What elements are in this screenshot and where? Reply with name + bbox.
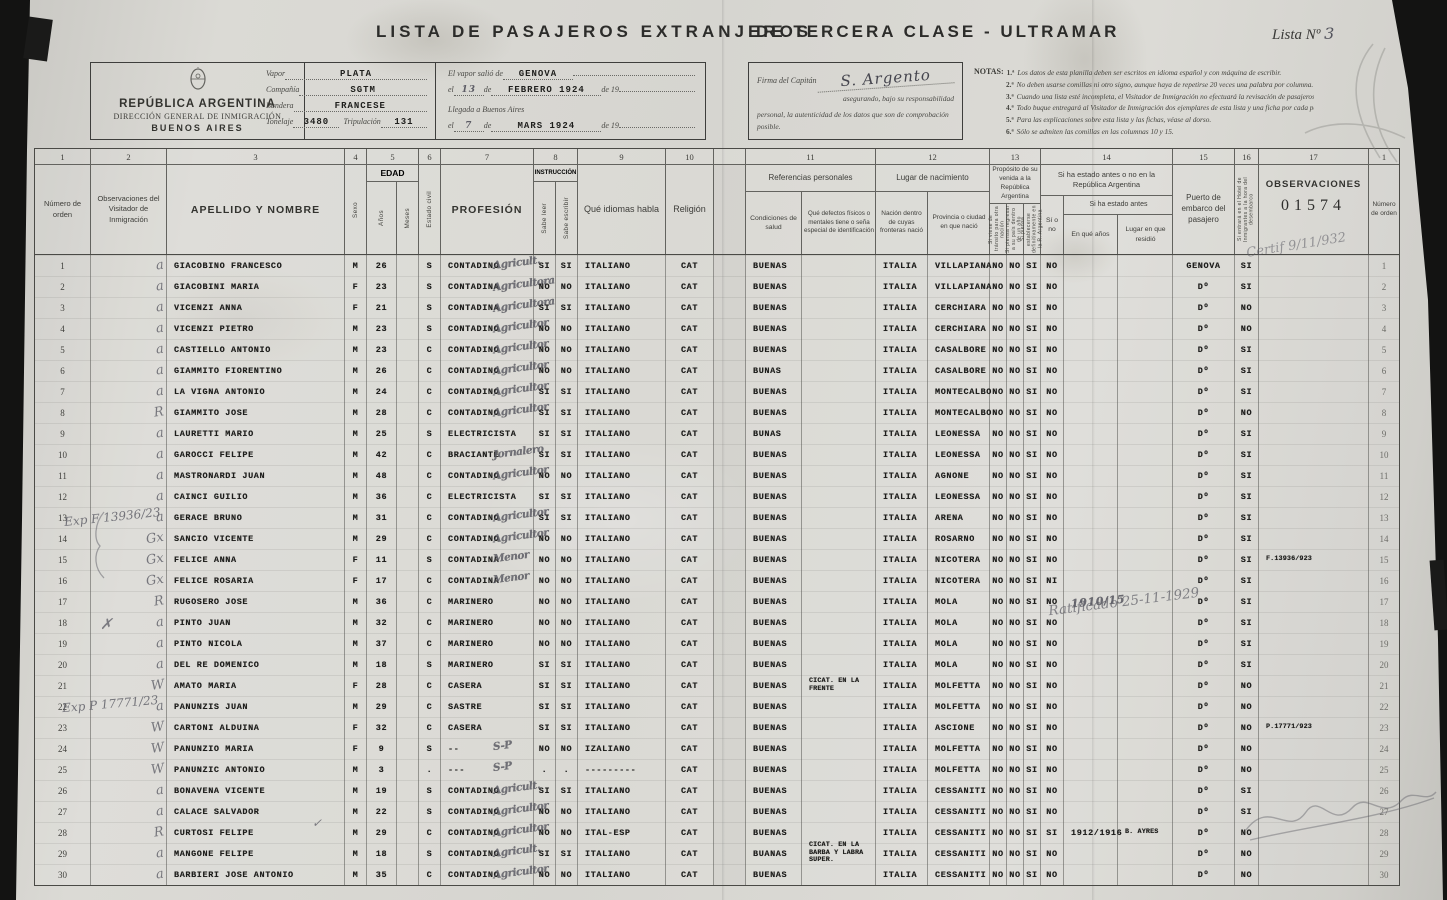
cell-salud: BUENAS — [746, 864, 802, 885]
cell-salud: BUENAS — [746, 402, 802, 423]
cell-sexo: F — [345, 570, 367, 591]
cell-visitador-mark: a — [91, 444, 167, 465]
cell-edad-meses — [397, 528, 419, 549]
cell-numero-right: 25 — [1369, 759, 1399, 780]
visitador-handwritten-mark: W — [150, 761, 165, 778]
cell-estado-antes-sino: NO — [1041, 696, 1064, 717]
cell-apellido-nombre: CAINCI GUILIO — [167, 486, 345, 507]
visitador-handwritten-mark: R — [153, 593, 165, 609]
cell-puerto-embarco: Dº — [1173, 822, 1235, 843]
cell-salud: BUENAS — [746, 276, 802, 297]
cell-proposito-2: NO — [1007, 717, 1024, 738]
cell-apellido-nombre: PINTO NICOLA — [167, 633, 345, 654]
cell-provincia: CESSANITI — [928, 780, 990, 801]
header-proposito: Propósito de su venida a la República Ar… — [990, 165, 1040, 202]
cell-sabe-escribir: NO — [556, 549, 578, 570]
cell-provincia: CASALBORE — [928, 360, 990, 381]
handwritten-check-row29: ✓ — [312, 816, 322, 830]
nota-num: 2.ª — [1006, 80, 1014, 89]
cell-proposito-1: NO — [990, 738, 1007, 759]
captain-line2: asegurando, bajo su responsabilidad — [757, 93, 954, 104]
notas-box: NOTAS:1.ªLos datos de esta planilla debe… — [968, 62, 1320, 140]
cell-profesion: --S-P — [441, 738, 534, 759]
cell-blank — [714, 633, 746, 654]
table-row: 19aPINTO NICOLAM37CMARINERONONOITALIANOC… — [35, 633, 1399, 654]
cell-lugar-residio: B. AYRES — [1118, 822, 1173, 843]
cell-estado-antes-sino: NO — [1041, 402, 1064, 423]
cell-blank — [714, 675, 746, 696]
cell-edad-anos: 48 — [367, 465, 397, 486]
table-row: 24WPANUNZIO MARIAF9S--S-PNONOIZALIANOCAT… — [35, 738, 1399, 759]
cell-proposito-1: NO — [990, 675, 1007, 696]
cell-hotel: NO — [1235, 675, 1259, 696]
cell-nacion: ITALIA — [876, 759, 928, 780]
cell-sabe-escribir: SI — [556, 780, 578, 801]
cell-defectos — [802, 507, 876, 528]
cell-sexo: F — [345, 276, 367, 297]
cell-proposito-2: NO — [1007, 843, 1024, 864]
cell-religion: CAT — [666, 276, 714, 297]
compania-label: Compañía — [266, 85, 299, 94]
header-defectos: Qué defectos físicos o mentales tiene o … — [802, 192, 876, 254]
cell-profesion: CONTADINOAgricultor — [441, 528, 534, 549]
table-row: 15GxFELICE ANNAF11SCONTADINAMenorNONOITA… — [35, 549, 1399, 570]
de19-label: de 19 — [601, 121, 619, 130]
cell-salud: BUENAS — [746, 612, 802, 633]
cell-proposito-3: SI — [1024, 801, 1041, 822]
cell-apellido-nombre: LAURETTI MARIO — [167, 423, 345, 444]
cell-idiomas: ITALIANO — [578, 780, 666, 801]
cell-puerto-embarco: Dº — [1173, 297, 1235, 318]
cell-observaciones — [1259, 276, 1369, 297]
visitador-handwritten-mark: a — [155, 384, 165, 400]
cell-observaciones — [1259, 528, 1369, 549]
header-instruccion: INSTRUCCIÓN — [535, 170, 577, 176]
cell-blank — [714, 486, 746, 507]
cell-estado-civil: C — [419, 864, 441, 885]
cell-apellido-nombre: BARBIERI JOSE ANTONIO — [167, 864, 345, 885]
cell-edad-anos: 24 — [367, 381, 397, 402]
cell-proposito-3: SI — [1024, 570, 1041, 591]
cell-puerto-embarco: Dº — [1173, 717, 1235, 738]
cell-edad-anos: 37 — [367, 633, 397, 654]
cell-apellido-nombre: GAROCCI FELIPE — [167, 444, 345, 465]
cell-idiomas: ITALIANO — [578, 717, 666, 738]
cell-provincia: CERCHIARA — [928, 297, 990, 318]
cell-proposito-2: NO — [1007, 570, 1024, 591]
cell-blank — [714, 276, 746, 297]
passenger-table: 1 2 3 4 5 6 7 8 9 10 11 12 13 14 15 16 1… — [34, 148, 1400, 886]
cell-proposito-3: SI — [1024, 780, 1041, 801]
captain-signature: S. Argento — [816, 64, 954, 93]
visitador-handwritten-mark: a — [155, 867, 165, 883]
cell-provincia: ROSARNO — [928, 528, 990, 549]
cell-sexo: M — [345, 486, 367, 507]
cell-religion: CAT — [666, 381, 714, 402]
cell-numero-right: 8 — [1369, 402, 1399, 423]
cell-edad-meses — [397, 822, 419, 843]
cell-edad-meses — [397, 780, 419, 801]
cell-idiomas: ITALIANO — [578, 549, 666, 570]
cell-hotel: SI — [1235, 339, 1259, 360]
visitador-handwritten-mark: a — [155, 258, 165, 274]
cell-idiomas: ITALIANO — [578, 402, 666, 423]
cell-numero: 12 — [35, 486, 91, 507]
cell-numero-right: 16 — [1369, 570, 1399, 591]
cell-proposito-2: NO — [1007, 549, 1024, 570]
cell-edad-meses — [397, 759, 419, 780]
cell-religion: CAT — [666, 717, 714, 738]
cell-proposito-1: NO — [990, 780, 1007, 801]
header-estado-antes: Si ha estado antes o no en la República … — [1041, 169, 1172, 191]
cell-proposito-2: NO — [1007, 759, 1024, 780]
cell-puerto-embarco: Dº — [1173, 276, 1235, 297]
cell-sabe-escribir: SI — [556, 843, 578, 864]
cell-proposito-3: SI — [1024, 717, 1041, 738]
nota-num: 1.ª — [1007, 68, 1015, 77]
cell-estado-civil: C — [419, 402, 441, 423]
cell-defectos — [802, 381, 876, 402]
cell-numero: 9 — [35, 423, 91, 444]
cell-religion: CAT — [666, 759, 714, 780]
cell-en-que-anos — [1064, 843, 1118, 864]
header-puerto-embarco: Puerto de embarco del pasajero — [1173, 165, 1235, 254]
cell-proposito-2: NO — [1007, 444, 1024, 465]
cell-nacion: ITALIA — [876, 654, 928, 675]
cell-lugar-residio — [1118, 276, 1173, 297]
cell-hotel: SI — [1235, 423, 1259, 444]
cell-estado-civil: C — [419, 591, 441, 612]
col-number: 7 — [441, 149, 534, 164]
cell-defectos — [802, 633, 876, 654]
cell-hotel: NO — [1235, 864, 1259, 885]
cell-proposito-3: SI — [1024, 444, 1041, 465]
cell-sabe-escribir: NO — [556, 822, 578, 843]
cell-numero: 2 — [35, 276, 91, 297]
cell-estado-civil: C — [419, 360, 441, 381]
cell-proposito-2: NO — [1007, 654, 1024, 675]
visitador-handwritten-mark: a — [155, 783, 165, 799]
cell-edad-meses — [397, 864, 419, 885]
cell-blank — [714, 843, 746, 864]
cell-edad-meses — [397, 318, 419, 339]
voyage-box: El vapor salió deGENOVA el13deFEBRERO 19… — [436, 62, 706, 140]
cell-proposito-3: SI — [1024, 528, 1041, 549]
cell-profesion: ELECTRICISTA — [441, 486, 534, 507]
cell-sexo: M — [345, 654, 367, 675]
cell-proposito-3: SI — [1024, 423, 1041, 444]
header-profesion: PROFESIÓN — [441, 165, 534, 254]
cell-proposito-1: NO — [990, 864, 1007, 885]
cell-estado-antes-sino: NO — [1041, 801, 1064, 822]
cell-salud: BUENAS — [746, 444, 802, 465]
cell-puerto-embarco: Dº — [1173, 633, 1235, 654]
cell-numero: 21 — [35, 675, 91, 696]
cell-defectos — [802, 549, 876, 570]
visitador-handwritten-mark: a — [155, 321, 165, 337]
cell-edad-anos: 23 — [367, 276, 397, 297]
header-estado-civil: Estado civil — [419, 165, 441, 254]
cell-idiomas: ITALIANO — [578, 255, 666, 276]
cell-apellido-nombre: VICENZI ANNA — [167, 297, 345, 318]
cell-apellido-nombre: AMATO MARIA — [167, 675, 345, 696]
cell-estado-antes-sino: NO — [1041, 780, 1064, 801]
cell-sabe-escribir: NO — [556, 738, 578, 759]
cell-salud: BUENAS — [746, 801, 802, 822]
cell-defectos — [802, 297, 876, 318]
cell-puerto-embarco: Dº — [1173, 402, 1235, 423]
cell-idiomas: ITALIANO — [578, 633, 666, 654]
cell-observaciones — [1259, 402, 1369, 423]
cell-sabe-leer: NO — [534, 276, 556, 297]
cell-edad-meses — [397, 444, 419, 465]
cell-lugar-residio — [1118, 486, 1173, 507]
cell-sexo: F — [345, 717, 367, 738]
cell-proposito-3: SI — [1024, 654, 1041, 675]
cell-sexo: M — [345, 444, 367, 465]
cell-edad-meses — [397, 423, 419, 444]
cell-sabe-escribir: SI — [556, 423, 578, 444]
cell-puerto-embarco: Dº — [1173, 801, 1235, 822]
cell-proposito-1: NO — [990, 297, 1007, 318]
cell-edad-meses — [397, 633, 419, 654]
cell-proposito-3: SI — [1024, 465, 1041, 486]
cell-visitador-mark: a — [91, 633, 167, 654]
table-row: 20aDEL RE DOMENICOM18SMARINEROSISIITALIA… — [35, 654, 1399, 675]
cell-en-que-anos — [1064, 318, 1118, 339]
de-label: de — [484, 121, 492, 130]
cell-hotel: NO — [1235, 738, 1259, 759]
cell-nacion: ITALIA — [876, 297, 928, 318]
cell-observaciones — [1259, 570, 1369, 591]
cell-lugar-residio — [1118, 507, 1173, 528]
cell-en-que-anos — [1064, 486, 1118, 507]
cell-blank — [714, 822, 746, 843]
cell-numero: 30 — [35, 864, 91, 885]
header-observaciones-visitador: Observaciones del Visitador de Inmigraci… — [91, 165, 167, 254]
cell-proposito-2: NO — [1007, 612, 1024, 633]
header-sabe-escribir: Sabe escribir — [556, 182, 578, 254]
cell-provincia: CESSANITI — [928, 864, 990, 885]
cell-apellido-nombre: PINTO JUAN — [167, 612, 345, 633]
cell-idiomas: ITALIANO — [578, 801, 666, 822]
cell-estado-antes-sino: NI — [1041, 570, 1064, 591]
salida-month-year: FEBRERO 1924 — [491, 85, 601, 96]
cell-profesion: CASERA — [441, 675, 534, 696]
cell-salud: BUENAS — [746, 633, 802, 654]
cell-edad-meses — [397, 570, 419, 591]
handwritten-profession-note: Menor — [492, 549, 529, 565]
cell-apellido-nombre: GERACE BRUNO — [167, 507, 345, 528]
cell-estado-civil: C — [419, 507, 441, 528]
cell-en-que-anos — [1064, 276, 1118, 297]
cell-puerto-embarco: Dº — [1173, 486, 1235, 507]
visitador-handwritten-mark: a — [155, 468, 165, 484]
cell-sabe-escribir: NO — [556, 570, 578, 591]
cell-numero: 26 — [35, 780, 91, 801]
table-row: 13aGERACE BRUNOM31CCONTADINOAgricultorSI… — [35, 507, 1399, 528]
cell-sabe-leer: NO — [534, 318, 556, 339]
cell-sabe-escribir: NO — [556, 864, 578, 885]
cell-profesion: MARINERO — [441, 612, 534, 633]
cell-sexo: M — [345, 864, 367, 885]
table-row: 12aCAINCI GUILIOM36CELECTRICISTASISIITAL… — [35, 486, 1399, 507]
cell-edad-anos: 3 — [367, 759, 397, 780]
cell-salud: BUNAS — [746, 360, 802, 381]
cell-edad-anos: 22 — [367, 801, 397, 822]
cell-profesion: CONTADINOAgricultor — [441, 360, 534, 381]
nota-text: Sólo se admiten las comillas en las colu… — [1017, 127, 1174, 136]
cell-edad-meses — [397, 297, 419, 318]
cell-sabe-leer: . — [534, 759, 556, 780]
cell-sabe-escribir: SI — [556, 507, 578, 528]
visitador-handwritten-mark: a — [155, 615, 165, 631]
cell-sabe-leer: SI — [534, 675, 556, 696]
cell-puerto-embarco: Dº — [1173, 738, 1235, 759]
cell-puerto-embarco: Dº — [1173, 318, 1235, 339]
col-number: 5 — [367, 149, 419, 164]
captain-box: Firma del CapitánS. Argento asegurando, … — [748, 62, 963, 140]
cell-proposito-2: NO — [1007, 507, 1024, 528]
col-number: 13 — [990, 149, 1041, 164]
cell-provincia: MONTECALBO — [928, 381, 990, 402]
cell-visitador-mark: a — [91, 780, 167, 801]
cell-sexo: M — [345, 465, 367, 486]
cell-observaciones: F.13936/923 — [1259, 549, 1369, 570]
cell-sexo: M — [345, 360, 367, 381]
cell-profesion: CONTADINOAgricultor — [441, 507, 534, 528]
cell-religion: CAT — [666, 675, 714, 696]
cell-salud: BUNAS — [746, 423, 802, 444]
cell-estado-antes-sino: NO — [1041, 339, 1064, 360]
cell-salud: BUENAS — [746, 759, 802, 780]
cell-estado-antes-sino: NO — [1041, 444, 1064, 465]
cell-observaciones: P.17771/923 — [1259, 717, 1369, 738]
cell-numero: 18 — [35, 612, 91, 633]
cell-provincia: MONTECALBO — [928, 402, 990, 423]
header-en-que-anos: En qué años — [1064, 215, 1118, 254]
cell-observaciones — [1259, 507, 1369, 528]
cell-edad-meses — [397, 255, 419, 276]
cell-edad-anos: 18 — [367, 654, 397, 675]
notas-heading: NOTAS: — [974, 67, 1004, 76]
cell-proposito-1: NO — [990, 360, 1007, 381]
cell-sabe-leer: SI — [534, 255, 556, 276]
header-numero-orden-right: Número de orden — [1369, 165, 1399, 254]
cell-estado-antes-sino: NO — [1041, 381, 1064, 402]
cell-nacion: ITALIA — [876, 780, 928, 801]
cell-blank — [714, 591, 746, 612]
table-row: 26aBONAVENA VICENTEM19SCONTADINOAgricult… — [35, 780, 1399, 801]
cell-apellido-nombre: MANGONE FELIPE — [167, 843, 345, 864]
cell-blank — [714, 570, 746, 591]
cell-estado-antes-sino: NO — [1041, 675, 1064, 696]
cell-religion: CAT — [666, 339, 714, 360]
cell-numero: 3 — [35, 297, 91, 318]
cell-sexo: M — [345, 633, 367, 654]
table-row: 8RGIAMMITO JOSEM28CCONTADINOAgricultorSI… — [35, 402, 1399, 423]
passenger-rows: 1aGIACOBINO FRANCESCOM26SCONTADINOAgricu… — [35, 255, 1399, 885]
cell-religion: CAT — [666, 444, 714, 465]
cell-defectos — [802, 465, 876, 486]
cell-profesion: CONTADINAMenor — [441, 570, 534, 591]
cell-blank — [714, 759, 746, 780]
cell-proposito-1: NO — [990, 570, 1007, 591]
cell-defectos — [802, 717, 876, 738]
cell-sabe-leer: SI — [534, 381, 556, 402]
vapor-value: PLATA — [285, 69, 427, 80]
visitador-handwritten-mark: W — [150, 677, 165, 694]
cell-estado-antes-sino: NO — [1041, 486, 1064, 507]
cell-hotel: SI — [1235, 276, 1259, 297]
cell-puerto-embarco: Dº — [1173, 360, 1235, 381]
cell-blank — [714, 612, 746, 633]
header-edad-group: EDAD Años Meses — [367, 165, 419, 254]
cell-apellido-nombre: VICENZI PIETRO — [167, 318, 345, 339]
cell-hotel: SI — [1235, 549, 1259, 570]
ship-box: VaporPLATA CompañíaSGTM BanderaFRANCESE … — [256, 62, 436, 140]
cell-proposito-3: SI — [1024, 612, 1041, 633]
cell-hotel: SI — [1235, 507, 1259, 528]
cell-defectos — [802, 696, 876, 717]
cell-proposito-1: NO — [990, 696, 1007, 717]
cell-sabe-escribir: NO — [556, 801, 578, 822]
cell-proposito-1: NO — [990, 717, 1007, 738]
cell-idiomas: ITALIANO — [578, 465, 666, 486]
cell-nacion: ITALIA — [876, 255, 928, 276]
cell-observaciones — [1259, 297, 1369, 318]
cell-edad-anos: 19 — [367, 780, 397, 801]
cell-puerto-embarco: Dº — [1173, 381, 1235, 402]
cell-sabe-leer: NO — [534, 801, 556, 822]
cell-apellido-nombre: PANUNZIS JUAN — [167, 696, 345, 717]
cell-en-que-anos — [1064, 864, 1118, 885]
cell-profesion: ---S-P — [441, 759, 534, 780]
cell-visitador-mark: W — [91, 738, 167, 759]
cell-en-que-anos — [1064, 654, 1118, 675]
cell-provincia: MOLFETTA — [928, 759, 990, 780]
cell-hotel: SI — [1235, 612, 1259, 633]
cell-proposito-3: SI — [1024, 276, 1041, 297]
cell-en-que-anos — [1064, 633, 1118, 654]
cell-religion: CAT — [666, 864, 714, 885]
header-estado-antes-group: Si ha estado antes o no en la República … — [1041, 165, 1173, 254]
cell-nacion: ITALIA — [876, 318, 928, 339]
cell-defectos — [802, 486, 876, 507]
cell-edad-anos: 29 — [367, 822, 397, 843]
header-religion: Religión — [666, 165, 714, 254]
cell-apellido-nombre: PANUNZIC ANTONIO — [167, 759, 345, 780]
cell-numero: 5 — [35, 339, 91, 360]
cell-en-que-anos — [1064, 528, 1118, 549]
cell-hotel: SI — [1235, 486, 1259, 507]
cell-estado-antes-sino: NO — [1041, 633, 1064, 654]
visitador-handwritten-mark: Gx — [145, 572, 165, 589]
cell-blank — [714, 381, 746, 402]
cell-proposito-3: SI — [1024, 402, 1041, 423]
cell-profesion: CONTADINOAgricultor — [441, 465, 534, 486]
cell-apellido-nombre: DEL RE DOMENICO — [167, 654, 345, 675]
cell-proposito-1: NO — [990, 318, 1007, 339]
cell-proposito-1: NO — [990, 381, 1007, 402]
cell-numero: 7 — [35, 381, 91, 402]
cell-idiomas: ITALIANO — [578, 360, 666, 381]
cell-edad-anos: 29 — [367, 528, 397, 549]
table-row: 4aVICENZI PIETROM23SCONTADINOAgricultorN… — [35, 318, 1399, 339]
header-hotel-inmigrantes-label: Si entrará en el Hotel de Inmigrantes a … — [1238, 165, 1255, 254]
cell-sexo: M — [345, 318, 367, 339]
table-row: 23WCARTONI ALDUINAF32CCASERASISIITALIANO… — [35, 717, 1399, 738]
